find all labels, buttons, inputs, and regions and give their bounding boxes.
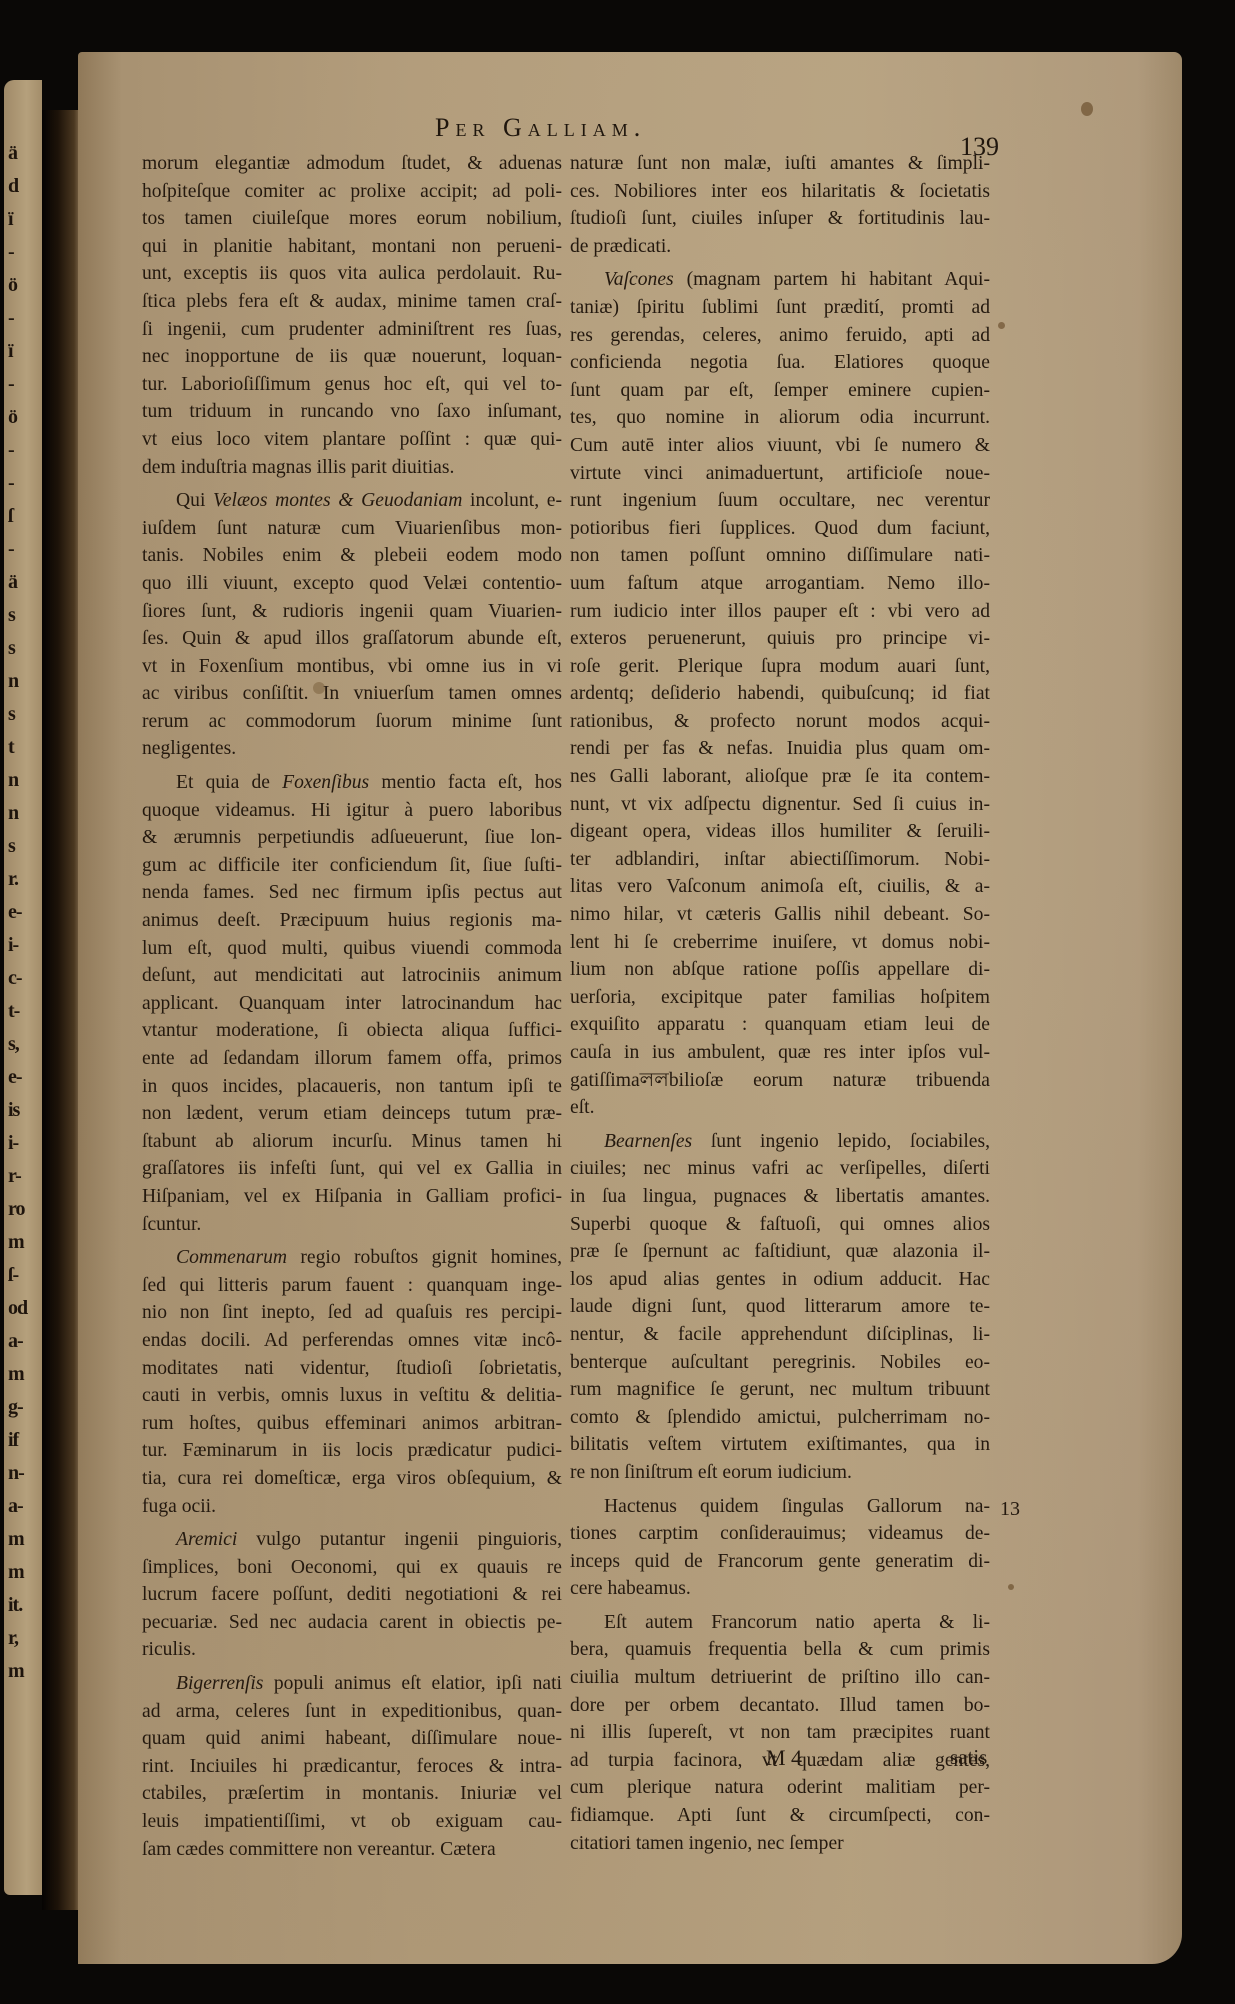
italic-region-name: Vaſcones (604, 269, 674, 290)
leaf-text-fragment: ö (8, 404, 38, 430)
leaf-text-fragment: - (8, 437, 38, 463)
text-line: ſimplices, boni Oeconomi, qui ex quauis … (142, 1554, 562, 1582)
text-line: præ ſe ſpernunt ac faſtidiunt, quæ alazo… (570, 1238, 990, 1266)
leaf-text-fragment: m (8, 1526, 38, 1552)
text-line: ſed qui litteris parum fauent : quanquam… (142, 1272, 562, 1300)
leaf-text-fragment: s (8, 833, 38, 859)
text-line: in quos incides, placaueris, non tantum … (142, 1073, 562, 1101)
text-line: citatiori tamen ingenio, nec ſemper (570, 1830, 990, 1858)
text-line: quoque videamus. Hi igitur à puero labor… (142, 797, 562, 825)
text-line: nenda fames. Sed nec firmum ipſis pectus… (142, 879, 562, 907)
text-line: rint. Inciuiles hi prædicantur, feroces … (142, 1753, 562, 1781)
text-line: ente ad ſedandam illorum famem offa, pri… (142, 1045, 562, 1073)
italic-region-name: Bigerrenſis (176, 1673, 263, 1694)
paragraph: Hactenus quidem ſingulas Gallorum na-tio… (570, 1493, 990, 1603)
text-line: rum hoſtes, quibus effeminari animos arb… (142, 1410, 562, 1438)
text-line: ac viribus conſiſtit. In vniuerſum tamen… (142, 680, 562, 708)
text-line: naturæ ſunt non malæ, iuſti amantes & ſi… (570, 150, 990, 178)
right-text-column: naturæ ſunt non malæ, iuſti amantes & ſi… (570, 150, 990, 1863)
leaf-text-fragment: - (8, 305, 38, 331)
leaf-text-fragment: ï (8, 338, 38, 364)
text-line: lucrum facere poſſunt, dediti negotiatio… (142, 1581, 562, 1609)
book-gutter-shadow (42, 110, 82, 1910)
text-line: ciuilia multum detriuerint de priſtino i… (570, 1664, 990, 1692)
text-line: quam quid animi habeant, diſſimulare nou… (142, 1725, 562, 1753)
text-line: virtute vinci animaduertunt, artificioſe… (570, 460, 990, 488)
leaf-text-fragment: r, (8, 1625, 38, 1651)
leaf-text-fragment: m (8, 1361, 38, 1387)
leaf-text-fragment: r. (8, 866, 38, 892)
text-line: uum faſtum atque arrogantiam. Nemo illo- (570, 570, 990, 598)
text-line: comto & ſplendido amictui, pulcherrimam … (570, 1404, 990, 1432)
text-line: bilitatis veſtem virtutem exiſtimantes, … (570, 1431, 990, 1459)
paragraph: Bigerrenſis populi animus eſt elatior, i… (142, 1670, 562, 1863)
paragraph: naturæ ſunt non malæ, iuſti amantes & ſi… (570, 150, 990, 260)
leaf-text-fragment: - (8, 536, 38, 562)
text-line: fuga ocii. (142, 1493, 562, 1521)
italic-region-name: Aremici (176, 1529, 237, 1550)
leaf-text-fragment: m (8, 1559, 38, 1585)
text-line: non tamen poſſunt omnino diſſimulare nat… (570, 542, 990, 570)
running-head: Per Galliam. (435, 113, 646, 143)
leaf-text-fragment: n (8, 800, 38, 826)
text-line: & ærumnis perpetiundis adſueuerunt, ſiue… (142, 824, 562, 852)
text-line: animus deeſt. Præcipuum huius regionis m… (142, 907, 562, 935)
text-line: morum elegantiæ admodum ſtudet, & aduena… (142, 150, 562, 178)
text-line: fidiamque. Apti ſunt & circumſpecti, con… (570, 1802, 990, 1830)
text-line: quo illi viuunt, excepto quod Velæi cont… (142, 570, 562, 598)
text-line: tur. Fæminarum in iis locis prædicatur p… (142, 1437, 562, 1465)
text-line: ſiores ſunt, & rudioris ingenii quam Viu… (142, 598, 562, 626)
text-line: lum eſt, quod multi, quibus viuendi comm… (142, 935, 562, 963)
paragraph: Commenarum regio robuſtos gignit homines… (142, 1244, 562, 1520)
text-line: leuis impatientiſſimi, vt ob exiguam cau… (142, 1808, 562, 1836)
text-line: exteros peruenerunt, quiuis pro principe… (570, 625, 990, 653)
text-line: nimo hilar, vt cæteris Gallis nihil debe… (570, 901, 990, 929)
text-line: riculis. (142, 1636, 562, 1664)
italic-region-name: Commenarum (176, 1247, 287, 1268)
text-line: Eſt autem Francorum natio aperta & li- (570, 1609, 990, 1637)
text-line: nio non ſint inepto, ſed ad quaſuis res … (142, 1299, 562, 1327)
left-text-column: morum elegantiæ admodum ſtudet, & aduena… (142, 150, 562, 1869)
text-line: litas vero Vaſconum animoſa eſt, ciuilis… (570, 873, 990, 901)
leaf-text-fragment: od (8, 1295, 38, 1321)
text-line: taniæ) ſpiritu ſublimi ſunt prædití, pro… (570, 294, 990, 322)
text-line: tes, quo nomine in aliorum odia incurrun… (570, 404, 990, 432)
leaf-text-fragment: ä (8, 140, 38, 166)
text-line: res gerendas, celeres, animo feruido, ap… (570, 322, 990, 350)
signature-mark: M 4 (766, 1745, 802, 1771)
text-line: dem induſtria magnas illis parit diuitia… (142, 454, 562, 482)
leaf-text-fragment: e- (8, 899, 38, 925)
leaf-text-fragment: ö (8, 272, 38, 298)
text-line: Vaſcones (magnam partem hi habitant Aqui… (570, 266, 990, 294)
leaf-text-fragment: m (8, 1658, 38, 1684)
leaf-text-fragment: r- (8, 1163, 38, 1189)
text-line: ſtabunt ab aliorum incurſu. Minus tamen … (142, 1128, 562, 1156)
text-line: tur. Laborioſiſſimum genus hoc eſt, qui … (142, 371, 562, 399)
text-line: non lædent, verum etiam deinceps tutum p… (142, 1100, 562, 1128)
text-line: negligentes. (142, 735, 562, 763)
text-line: lent hi ſe creberrime inuiſere, vt domus… (570, 929, 990, 957)
leaf-text-fragment: c- (8, 965, 38, 991)
text-line: bera, quamuis frequentia bella & cum pri… (570, 1636, 990, 1664)
text-line: Cum autē inter alios viuunt, vbi ſe nume… (570, 432, 990, 460)
text-line: ctabiles, præſertim in montanis. Iniuriæ… (142, 1780, 562, 1808)
text-line: nentur, & facile apprehendunt diſciplina… (570, 1321, 990, 1349)
paragraph: Vaſcones (magnam partem hi habitant Aqui… (570, 266, 990, 1121)
paragraph: Eſt autem Francorum natio aperta & li-be… (570, 1609, 990, 1857)
text-line: ſam cædes committere non vereantur. Cæte… (142, 1836, 562, 1864)
text-line: ſes. Quin & apud illos graſſatorum abund… (142, 625, 562, 653)
leaf-text-fragment: if (8, 1427, 38, 1453)
text-line: roſe gerit. Plerique ſupra modum auari ſ… (570, 653, 990, 681)
leaf-text-fragment: it. (8, 1592, 38, 1618)
text-line: nes Galli laborant, alioſque præ ſe ita … (570, 763, 990, 791)
text-line: ardentq; deſiderio habendi, quibuſcunq; … (570, 680, 990, 708)
leaf-text-fragment: s (8, 635, 38, 661)
leaf-text-fragment: e- (8, 1064, 38, 1090)
text-line: nunt, vt vix adſpectu dignentur. Sed ſi … (570, 791, 990, 819)
leaf-text-fragment: ſ- (8, 1262, 38, 1288)
text-line: hoſpiteſque comiter ac prolixe accipit; … (142, 178, 562, 206)
foxing-spot (1008, 1584, 1014, 1590)
paragraph: Et quia de Foxenſibus mentio facta eſt, … (142, 769, 562, 1238)
foxing-spot (1081, 102, 1093, 116)
text-line: ces. Nobiliores inter eos hilaritatis & … (570, 178, 990, 206)
leaf-text-fragment: ro (8, 1196, 38, 1222)
leaf-text-fragment: n (8, 668, 38, 694)
text-line: ſunt quam par eſt, ſemper eminere cupien… (570, 377, 990, 405)
paragraph: Qui Velæos montes & Geuodaniam incolunt,… (142, 487, 562, 763)
text-line: vtantur moderatione, ſi obiecta aliqua ſ… (142, 1017, 562, 1045)
text-line: cauti in verbis, omnis luxus in veſtitu … (142, 1382, 562, 1410)
text-line: inceps quid de Francorum gente generatim… (570, 1548, 990, 1576)
leaf-text-fragment: s (8, 602, 38, 628)
text-line: Aremici vulgo putantur ingenii pinguiori… (142, 1526, 562, 1554)
foxing-spot (998, 322, 1005, 329)
paragraph: Aremici vulgo putantur ingenii pinguiori… (142, 1526, 562, 1664)
text-line: nec inopportune de iis quæ nouerunt, loq… (142, 343, 562, 371)
text-line: laude digni ſunt, quod litterarum amore … (570, 1293, 990, 1321)
text-line: de prædicati. (570, 233, 990, 261)
italic-region-name: Bearnenſes (604, 1131, 692, 1152)
text-line: los apud alias gentes in odium adducit. … (570, 1266, 990, 1294)
leaf-text-fragment: s (8, 701, 38, 727)
leaf-text-fragment: i- (8, 932, 38, 958)
text-line: tum triduum in runcando vno ſaxo inſuman… (142, 398, 562, 426)
leaf-text-fragment: m (8, 1229, 38, 1255)
leaf-text-fragment: is (8, 1097, 38, 1123)
text-line: deſunt, aut mendicitati aut latrociniis … (142, 962, 562, 990)
text-line: gatiſſimaললbilioſæ eorum naturæ tribuend… (570, 1067, 990, 1095)
leaf-text-fragment: g- (8, 1394, 38, 1420)
leaf-text-fragment: t- (8, 998, 38, 1024)
text-line: uerſoria, excipitque pater familias hoſp… (570, 984, 990, 1012)
text-line: in ſua lingua, pugnaces & libertatis ama… (570, 1183, 990, 1211)
text-line: graſſatores iis infeſti ſunt, qui vel ex… (142, 1155, 562, 1183)
text-line: benterque auſcultant peregrinis. Nobiles… (570, 1349, 990, 1377)
text-line: ter adblandiri, inſtar abiectiſſimorum. … (570, 846, 990, 874)
text-line: vt eius loco vitem plantare poſſint : qu… (142, 426, 562, 454)
text-line: conficienda negotia ſua. Elatiores quoqu… (570, 349, 990, 377)
text-line: ſtica plebs fera eſt & audax, minime tam… (142, 288, 562, 316)
text-line: dore per orbem decantato. Illud tamen bo… (570, 1692, 990, 1720)
text-line: tiones carptim conſiderauimus; videamus … (570, 1520, 990, 1548)
text-line: ſtudioſi ſunt, ciuiles inſuper & fortitu… (570, 205, 990, 233)
leaf-text-fragment: n (8, 767, 38, 793)
text-line: ni illis ſupereſt, vt non tam præcipites… (570, 1719, 990, 1747)
text-line: ad arma, celeres ſunt in expeditionibus,… (142, 1698, 562, 1726)
catchword: satis (950, 1745, 987, 1770)
text-line: moditates nati videntur, ſtudioſi ſobrie… (142, 1355, 562, 1383)
italic-region-name: Foxenſibus (282, 772, 369, 793)
text-line: Bigerrenſis populi animus eſt elatior, i… (142, 1670, 562, 1698)
text-line: applicant. Quanquam inter latrocinandum … (142, 990, 562, 1018)
text-line: tia, cura rei domeſticæ, erga viros obſe… (142, 1465, 562, 1493)
leaf-text-fragment: - (8, 239, 38, 265)
margin-note: 13 (1000, 1498, 1020, 1521)
text-line: cere habeamus. (570, 1575, 990, 1603)
leaf-text-fragment: a- (8, 1328, 38, 1354)
text-line: ciuiles; nec minus vafri ac verſipelles,… (570, 1155, 990, 1183)
text-line: Qui Velæos montes & Geuodaniam incolunt,… (142, 487, 562, 515)
text-line: eſt. (570, 1094, 990, 1122)
leaf-text-fragment: a- (8, 1493, 38, 1519)
text-line: iuſdem ſunt naturæ cum Viuarienſibus mon… (142, 515, 562, 543)
leaf-text-fragment: - (8, 470, 38, 496)
text-line: ſi ingenii, cum prudenter adminiſtrent r… (142, 316, 562, 344)
paragraph: morum elegantiæ admodum ſtudet, & aduena… (142, 150, 562, 481)
leaf-text-fragment: ä (8, 569, 38, 595)
text-line: cauſa in ius ambulent, quæ res inter ipſ… (570, 1039, 990, 1067)
text-line: rerum ac commodorum ſuorum minime ſunt (142, 708, 562, 736)
text-line: tos tamen ciuileſque mores eorum nobiliu… (142, 205, 562, 233)
text-line: endas docili. Ad perferendas omnes vitæ … (142, 1327, 562, 1355)
text-line: Hactenus quidem ſingulas Gallorum na- (570, 1493, 990, 1521)
leaf-text-fragment: n- (8, 1460, 38, 1486)
text-line: digeant opera, videas illos humiliter & … (570, 818, 990, 846)
text-line: qui in planitie habitant, montani non pe… (142, 233, 562, 261)
text-line: cum plerique natura oderint malitiam per… (570, 1774, 990, 1802)
leaf-text-fragment: i- (8, 1130, 38, 1156)
leaf-text-fragment: s, (8, 1031, 38, 1057)
text-line: gum ac difficile iter conficiendum ſit, … (142, 852, 562, 880)
text-line: vt in Foxenſium montibus, vbi omne ius i… (142, 653, 562, 681)
text-line: ſcuntur. (142, 1211, 562, 1239)
text-line: lium non abſque ratione poſſis appellare… (570, 956, 990, 984)
paragraph: Bearnenſes ſunt ingenio lepido, ſociabil… (570, 1128, 990, 1487)
italic-region-name: Velæos montes & Geuodaniam (213, 490, 462, 511)
text-line: unt, exceptis iis quos vita aulica perdo… (142, 260, 562, 288)
leaf-text-fragment: t (8, 734, 38, 760)
text-line: rationibus, & profecto norunt modos acqu… (570, 708, 990, 736)
text-line: re non ſiniſtrum eſt eorum iudicium. (570, 1459, 990, 1487)
text-line: Et quia de Foxenſibus mentio facta eſt, … (142, 769, 562, 797)
text-line: exquiſito apparatu : quanquam etiam leui… (570, 1011, 990, 1039)
text-line: Commenarum regio robuſtos gignit homines… (142, 1244, 562, 1272)
text-line: rum magnifice ſe gerunt, nec multum trib… (570, 1376, 990, 1404)
text-line: potioribus fieri ſupplices. Quod dum fac… (570, 515, 990, 543)
text-line: Superbi quoque & faſtuoſi, qui omnes ali… (570, 1211, 990, 1239)
text-line: tanis. Nobiles enim & plebeii eodem modo (142, 542, 562, 570)
leaf-text-fragment: ſ (8, 503, 38, 529)
leaf-text-fragment: d (8, 173, 38, 199)
text-line: rendi per fas & nefas. Inuidia plus quam… (570, 735, 990, 763)
leaf-text-fragment: - (8, 371, 38, 397)
text-line: rum iudicio inter illos pauper eſt : vbi… (570, 598, 990, 626)
leaf-text-fragment: ï (8, 206, 38, 232)
text-line: pecuariæ. Sed nec audacia carent in obie… (142, 1609, 562, 1637)
text-line: Bearnenſes ſunt ingenio lepido, ſociabil… (570, 1128, 990, 1156)
left-page-edge: ädï-ö-ï-ö--ſ-ässnstnnsr.e-i-c-t-s,e-isi-… (4, 80, 42, 1895)
text-line: Hiſpaniam, vel ex Hiſpania in Galliam pr… (142, 1183, 562, 1211)
text-line: runt ingenium ſuum occultare, nec verent… (570, 487, 990, 515)
